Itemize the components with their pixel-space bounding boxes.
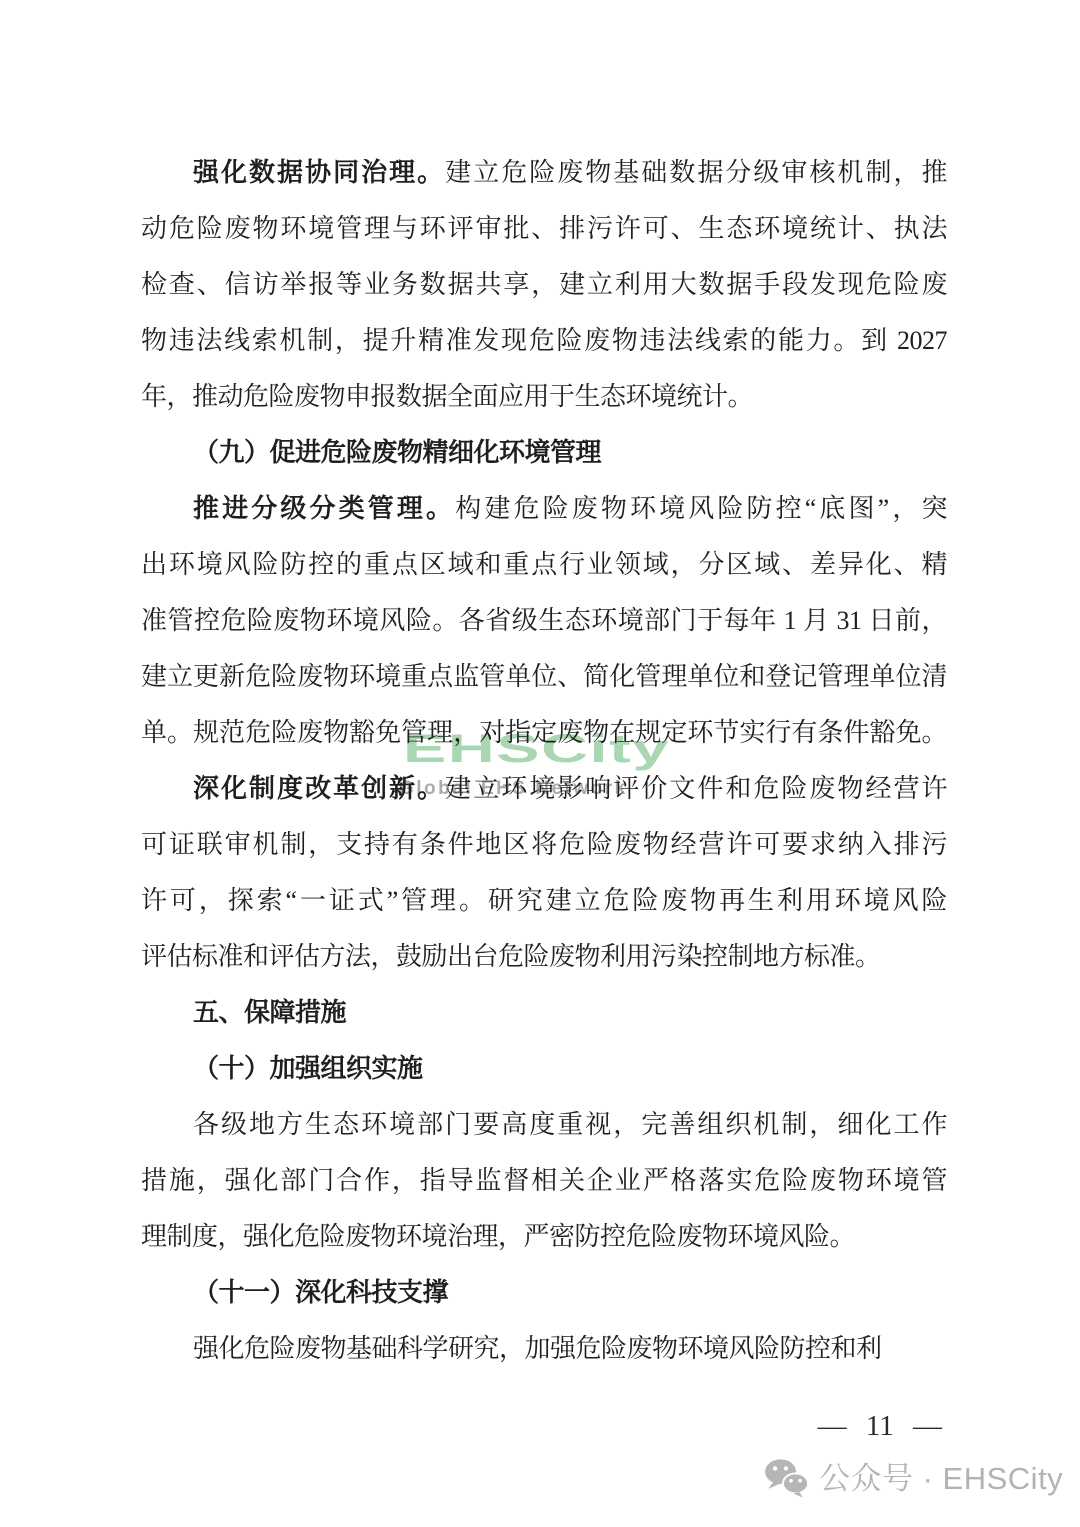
text-line: 年，推动危险废物申报数据全面应用于生态环境统计。: [141, 369, 947, 425]
body-text: 准管控危险废物环境风险。各省级生态环境部门于每年 1 月 31 日前，: [141, 606, 947, 635]
heading-line: 五、保障措施: [141, 985, 947, 1041]
text-line: 动危险废物环境管理与环评审批、排污许可、生态环境统计、执法: [141, 201, 947, 257]
text-line: 评估标准和评估方法，鼓励出台危险废物利用污染控制地方标准。: [141, 929, 947, 985]
text-line: 出环境风险防控的重点区域和重点行业领域，分区域、差异化、精: [141, 537, 947, 593]
wechat-icon: [762, 1458, 810, 1498]
text-line: 措施，强化部门合作，指导监督相关企业严格落实危险废物环境管: [141, 1153, 947, 1209]
text-line: 理制度，强化危险废物环境治理，严密防控危险废物环境风险。: [141, 1209, 947, 1265]
body-text: 检查、信访举报等业务数据共享，建立利用大数据手段发现危险废: [141, 270, 947, 299]
text-line: 单。规范危险废物豁免管理，对指定废物在规定环节实行有条件豁免。: [141, 705, 947, 761]
text-line: 建立更新危险废物环境重点监管单位、简化管理单位和登记管理单位清: [141, 649, 947, 705]
page-number: — 11 —: [818, 1412, 942, 1441]
bold-lead-text: 推进分级分类管理。: [193, 494, 455, 523]
body-text: 措施，强化部门合作，指导监督相关企业严格落实危险废物环境管: [141, 1166, 947, 1195]
body-text: 理制度，强化危险废物环境治理，严密防控危险废物环境风险。: [141, 1222, 855, 1251]
bold-lead-text: 深化制度改革创新。: [193, 774, 445, 803]
text-line: 准管控危险废物环境风险。各省级生态环境部门于每年 1 月 31 日前，: [141, 593, 947, 649]
document-page: EHSCity Global EHS Network 强化数据协同治理。建立危险…: [0, 0, 1080, 1527]
body-text: 建立环境影响评价文件和危险废物经营许: [445, 774, 947, 803]
text-line: 许可，探索“一证式”管理。研究建立危险废物再生利用环境风险: [141, 873, 947, 929]
body-text: 可证联审机制，支持有条件地区将危险废物经营许可要求纳入排污: [141, 830, 947, 859]
text-line: 深化制度改革创新。建立环境影响评价文件和危险废物经营许: [141, 761, 947, 817]
heading-line: （十）加强组织实施: [141, 1041, 947, 1097]
bold-lead-text: （十）加强组织实施: [193, 1054, 423, 1083]
text-line: 检查、信访举报等业务数据共享，建立利用大数据手段发现危险废: [141, 257, 947, 313]
wechat-account-label: 公众号 · EHSCity: [819, 1463, 1063, 1494]
text-line: 推进分级分类管理。构建危险废物环境风险防控“底图”，突: [141, 481, 947, 537]
text-line: 各级地方生态环境部门要高度重视，完善组织机制，细化工作: [141, 1097, 947, 1153]
body-text: 许可，探索“一证式”管理。研究建立危险废物再生利用环境风险: [141, 886, 947, 915]
heading-line: （九）促进危险废物精细化环境管理: [141, 425, 947, 481]
text-line: 可证联审机制，支持有条件地区将危险废物经营许可要求纳入排污: [141, 817, 947, 873]
body-text: 构建危险废物环境风险防控“底图”，突: [455, 494, 947, 523]
body-text: 评估标准和评估方法，鼓励出台危险废物利用污染控制地方标准。: [141, 942, 881, 971]
body-text: 单。规范危险废物豁免管理，对指定废物在规定环节实行有条件豁免。: [141, 718, 947, 747]
body-text: 建立危险废物基础数据分级审核机制，推: [445, 158, 947, 187]
body-text: 强化危险废物基础科学研究，加强危险废物环境风险防控和利: [193, 1334, 882, 1363]
body-text: 出环境风险防控的重点区域和重点行业领域，分区域、差异化、精: [141, 550, 947, 579]
body-text: 建立更新危险废物环境重点监管单位、简化管理单位和登记管理单位清: [141, 662, 947, 691]
document-body: 强化数据协同治理。建立危险废物基础数据分级审核机制，推动危险废物环境管理与环评审…: [141, 145, 947, 1377]
heading-line: （十一）深化科技支撑: [141, 1265, 947, 1321]
text-line: 物违法线索机制，提升精准发现危险废物违法线索的能力。到 2027: [141, 313, 947, 369]
body-text: 动危险废物环境管理与环评审批、排污许可、生态环境统计、执法: [141, 214, 947, 243]
body-text: 各级地方生态环境部门要高度重视，完善组织机制，细化工作: [193, 1110, 947, 1139]
body-text: 物违法线索机制，提升精准发现危险废物违法线索的能力。到 2027: [141, 326, 947, 355]
wechat-branding-footer: 公众号 · EHSCity: [762, 1458, 1063, 1498]
bold-lead-text: 五、保障措施: [193, 998, 346, 1027]
body-text: 年，推动危险废物申报数据全面应用于生态环境统计。: [141, 382, 753, 411]
bold-lead-text: （十一）深化科技支撑: [193, 1278, 448, 1307]
bold-lead-text: 强化数据协同治理。: [193, 158, 445, 187]
bold-lead-text: （九）促进危险废物精细化环境管理: [193, 438, 601, 467]
text-line: 强化数据协同治理。建立危险废物基础数据分级审核机制，推: [141, 145, 947, 201]
text-line: 强化危险废物基础科学研究，加强危险废物环境风险防控和利: [141, 1321, 947, 1377]
